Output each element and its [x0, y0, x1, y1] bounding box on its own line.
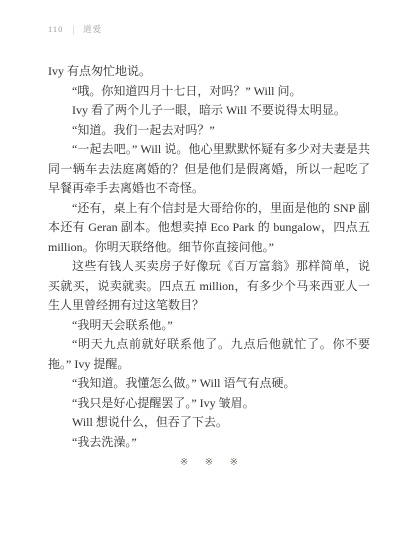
- paragraph: “一起去吧。” Will 说。他心里默默怀疑有多少对夫妻是共同一辆车去法庭离婚的…: [48, 140, 370, 199]
- paragraph: “我明天会联系他。”: [48, 316, 370, 336]
- paragraph: “明天九点前就好联系他了。九点后他就忙了。你不要拖。” Ivy 提醒。: [48, 335, 370, 374]
- paragraph: Will 想说什么，但吞了下去。: [48, 413, 370, 433]
- paragraph: “哦。你知道四月十七日，对吗？” Will 问。: [48, 82, 370, 102]
- page-header: 110 | 道爱: [48, 24, 370, 34]
- header-divider: |: [72, 24, 74, 34]
- book-title: 道爱: [83, 24, 102, 34]
- paragraph: “我只是好心提醒罢了。” Ivy 皱眉。: [48, 394, 370, 414]
- page-number: 110: [48, 24, 63, 34]
- paragraph: Ivy 看了两个儿子一眼，暗示 Will 不要说得太明显。: [48, 101, 370, 121]
- page-body: Ivy 有点匆忙地说。 “哦。你知道四月十七日，对吗？” Will 问。 Ivy…: [48, 62, 370, 452]
- section-separator: ※ ※ ※: [48, 457, 370, 469]
- paragraph: “我知道。我懂怎么做。” Will 语气有点硬。: [48, 374, 370, 394]
- paragraph: 这些有钱人买卖房子好像玩《百万富翁》那样简单，说买就买，说卖就卖。四点五 mil…: [48, 257, 370, 316]
- paragraph: “我去洗澡。”: [48, 433, 370, 453]
- paragraph: “还有，桌上有个信封是大哥给你的，里面是他的 SNP 副本还有 Geran 副本…: [48, 199, 370, 258]
- book-page: 110 | 道爱 Ivy 有点匆忙地说。 “哦。你知道四月十七日，对吗？” Wi…: [0, 0, 416, 550]
- paragraph: “知道。我们一起去对吗？”: [48, 121, 370, 141]
- paragraph: Ivy 有点匆忙地说。: [48, 62, 370, 82]
